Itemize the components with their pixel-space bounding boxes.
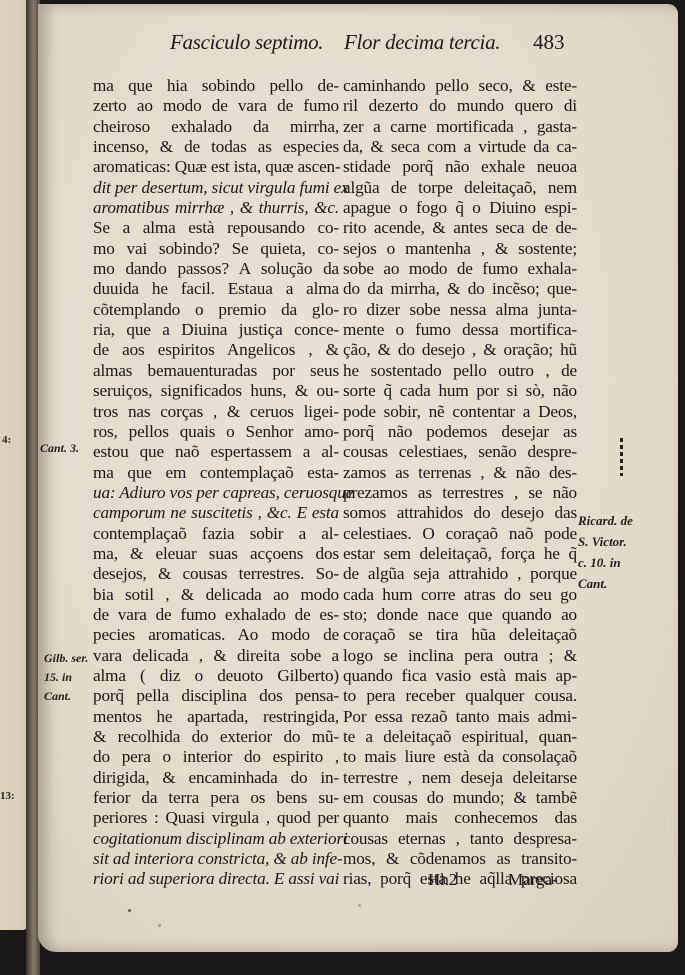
text-line: sto; donde nace que quando ao (343, 605, 577, 625)
text-line: logo se inclina pera outra ; & (343, 646, 577, 666)
text-line: mo vai sobindo? Se quieta, co- (93, 239, 339, 259)
text-line: duuida he facil. Estaua a alma (93, 279, 339, 299)
text-line: estou que naõ espertassem a al- (93, 442, 339, 462)
page-header: Fasciculo septimo. Flor decima tercia. 4… (38, 30, 678, 60)
text-line: ferior da terra pera os bens su- (93, 788, 339, 808)
text-line: porq̃ pella disciplina dos pensa- (93, 686, 339, 706)
scanned-book-spread: 4: 13: Fasciculo septimo. Flor decima te… (0, 0, 685, 975)
margin-note-cant3: Cant. 3. (40, 439, 79, 458)
margin-note-line: Cant. (578, 573, 633, 594)
margin-note-ricard: Ricard. de S. Victor. c. 10. in Cant. (578, 510, 633, 594)
text-line: contemplaçaõ fazia sobir a al- (93, 524, 339, 544)
running-title-right: Flor decima tercia. (344, 30, 500, 55)
paper-speck (358, 904, 361, 907)
text-line: de algũa seja attrahido , porque (343, 564, 577, 584)
text-line: terrestre , nem deseja deleitarse (343, 768, 577, 788)
text-line: de aos espiritos Angelicos , & (93, 340, 339, 360)
margin-note-line: c. 10. in (578, 552, 633, 573)
text-line: algũa de torpe deleitaçaõ, nem (343, 178, 577, 198)
text-line: zerto ao modo de vara de fumo (93, 96, 339, 116)
text-line: stidade porq̃ não exhale neuoa (343, 157, 577, 177)
text-line: ção, & do desejo , & oração; hũ (343, 340, 577, 360)
margin-note-line: Gilb. ser. (44, 649, 88, 668)
text-line: almas bemauenturadas por seus (93, 361, 339, 381)
text-line: incenso, & de todas as especies (93, 137, 339, 157)
text-line-latin: sit ad interiora constricta, & ab infe- (93, 849, 339, 869)
text-line: ria, que a Diuina justiça conce- (93, 320, 339, 340)
text-line: dirigida, & encaminhada do in- (93, 768, 339, 788)
page-number: 483 (533, 30, 565, 55)
text-line: prezamos as terrestres , se não (343, 483, 577, 503)
ink-mark (620, 438, 623, 476)
text-line: porq̃ não podemos desejar as (343, 422, 577, 442)
text-line: mentos he apartada, restringida, (93, 707, 339, 727)
text-line: sobe ao modo de fumo exhala- (343, 259, 577, 279)
facing-page-mark: 4: (2, 434, 11, 446)
text-line: coraçaõ se tira hũa deleitaçaõ (343, 625, 577, 645)
text-line: estar sem deleitaçaõ, força he q̃ (343, 544, 577, 564)
text-line: ril dezerto do mundo quero di (343, 96, 577, 116)
text-line: cousas celestiaes, senão despre- (343, 442, 577, 462)
text-line: alma ( diz o deuoto Gilberto) (93, 666, 339, 686)
text-line: periores : Quasi virgula , quod per (93, 808, 339, 828)
text-line: zamos as terrenas , & não des- (343, 463, 577, 483)
text-line-latin: dit per desertum, sicut virgula fumi ex (93, 178, 339, 198)
text-line: vara delicada , & direita sobe a (93, 646, 339, 666)
text-line: bia sotil , & delicada ao modo (93, 585, 339, 605)
text-column-right: caminhando pello seco, & este- ril dezer… (343, 76, 577, 890)
text-line: to pera receber qualquer cousa. (343, 686, 577, 706)
text-line: rito acende, & antes seca de de- (343, 218, 577, 238)
margin-note-line: Cant. 3. (40, 441, 79, 455)
text-line: & recolhida do exterior do mũ- (93, 727, 339, 747)
text-line-latin: aromatibus mirrhæ , & thurris, &c. (93, 198, 339, 218)
text-line: do pera o interior do espirito , (93, 747, 339, 767)
text-line: seruiços, significados huns, & ou- (93, 381, 339, 401)
text-line: da, & seca com a virtude da ca- (343, 137, 577, 157)
text-line: apague o fogo q̃ o Diuino espi- (343, 198, 577, 218)
text-line: quando fica vasio està mais ap- (343, 666, 577, 686)
text-line: ma que em contemplaçaõ esta- (93, 463, 339, 483)
margin-note-line: 15. in (44, 668, 88, 687)
text-line: ma, & eleuar suas acçoens dos (93, 544, 339, 564)
text-line: caminhando pello seco, & este- (343, 76, 577, 96)
text-line: aromaticas: Quæ est ista, quæ ascen- (93, 157, 339, 177)
text-line-latin: cogitationum disciplinam ab exteriori (93, 829, 339, 849)
text-line: cada hum corre atras do seu go (343, 585, 577, 605)
text-line: ma que hia sobindo pello de- (93, 76, 339, 96)
text-line: cheiroso exhalado da mirrha, (93, 117, 339, 137)
margin-note-line: Ricard. de (578, 510, 633, 531)
text-line: quanto mais conhecemos das (343, 808, 577, 828)
text-line: de vara de fumo exhalado de es- (93, 605, 339, 625)
text-line: sorte q̃ cada hum por si sò, não (343, 381, 577, 401)
text-line-latin: riori ad superiora directa. E assi vai (93, 869, 339, 889)
margin-note-line: S. Victor. (578, 531, 633, 552)
text-line: te a deleitaçaõ espiritual, quan- (343, 727, 577, 747)
text-line: pecies aromaticas. Ao modo de (93, 625, 339, 645)
text-line: tros nas corças , & ceruos ligei- (93, 402, 339, 422)
text-line: Por essa rezaõ tanto mais admi- (343, 707, 577, 727)
text-column-left: ma que hia sobindo pello de- zerto ao mo… (93, 76, 339, 890)
book-page: Fasciculo septimo. Flor decima tercia. 4… (38, 4, 678, 952)
text-line: cousas eternas , tanto despresa- (343, 829, 577, 849)
text-line: to mais liure està da consolaçaõ (343, 747, 577, 767)
text-line: he sostentado pello outro , de (343, 361, 577, 381)
text-line: do da mirrha, & do incẽso; que- (343, 279, 577, 299)
text-line: cõtemplando o premio da glo- (93, 300, 339, 320)
text-line-latin: camporum ne suscitetis , &c. E esta (93, 503, 339, 523)
text-line: ro dizer sobe nessa alma junta- (343, 300, 577, 320)
text-line: mos, & cõdenamos as transito- (343, 849, 577, 869)
paper-speck (128, 909, 131, 912)
text-line: Se a alma està repousando co- (93, 218, 339, 238)
text-line: mente o fumo dessa mortifica- (343, 320, 577, 340)
signature-mark: Hh2 (428, 870, 457, 890)
text-line: ros, pellos quais o Senhor amo- (93, 422, 339, 442)
paper-speck (158, 924, 161, 927)
catchword: Marga- (508, 870, 558, 890)
text-line: pode sobir, nẽ contentar a Deos, (343, 402, 577, 422)
margin-note-line: Cant. (44, 687, 88, 706)
text-line: em cousas do mundo; & tambẽ (343, 788, 577, 808)
text-line-latin: ua: Adiuro vos per capreas, ceruosque (93, 483, 339, 503)
running-title-left: Fasciculo septimo. (170, 30, 323, 55)
facing-page-mark: 13: (0, 790, 15, 802)
text-line: sejos o mantenha , & sostente; (343, 239, 577, 259)
text-line: zer a carne mortificada , gasta- (343, 117, 577, 137)
text-line: somos attrahidos do desejo das (343, 503, 577, 523)
text-line: celestiaes. O coraçaõ naõ pode (343, 524, 577, 544)
margin-note-gilbert: Gilb. ser. 15. in Cant. (44, 649, 88, 706)
text-line: desejos, & cousas terrestres. So- (93, 564, 339, 584)
text-line: mo dando passos? A solução da (93, 259, 339, 279)
